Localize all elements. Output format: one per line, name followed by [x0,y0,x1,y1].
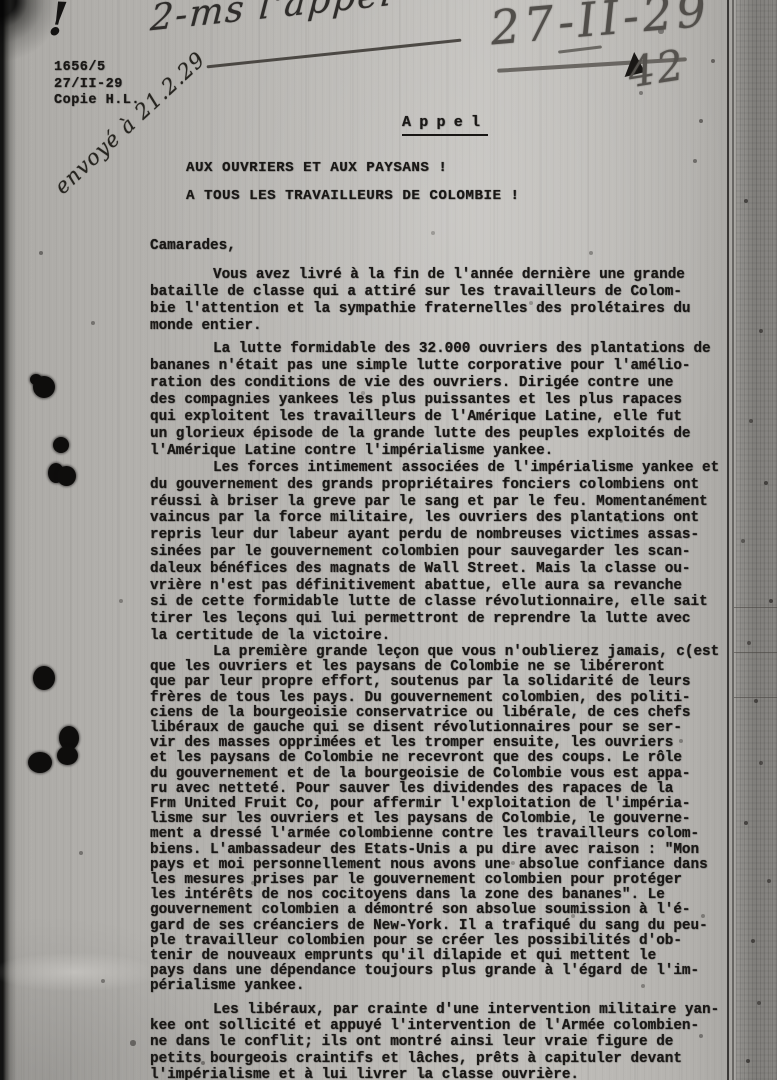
exclamation-mark: ! [47,0,70,46]
handwritten-underline [207,39,462,69]
copy-label: Copie H.L. [54,93,140,108]
greeting: Camarades, [150,238,236,254]
file-number: 1656/5 [54,60,106,75]
handwritten-top-note: 2-ms l'appel [149,0,395,40]
paragraph-3: Les forces intimement associées de l'imp… [150,460,740,645]
ink-blob [33,666,55,690]
scratch-mark [734,652,777,653]
ink-blob [57,746,78,765]
salutation-line-2: A TOUS LES TRAVAILLEURS DE COLOMBIE ! [186,188,520,204]
ink-blob [53,437,69,453]
paragraph-1: Vous avez livré à la fin de l'année dern… [150,267,740,335]
paragraph-4: La première grande leçon que vous n'oubl… [150,645,740,995]
paper-smudge [0,952,160,992]
ink-blob [57,466,76,486]
document-title: Appel [402,114,488,136]
page-number: 42 [625,40,689,97]
salutation-line-1: AUX OUVRIERS ET AUX PAYSANS ! [186,160,447,176]
scan-edge-left [0,0,16,1080]
stamp-block: 1656/5 27/II-29 Copie H.L. [54,60,140,110]
ink-blob [28,752,52,773]
paragraph-2: La lutte formidable des 32.000 ouvriers … [150,341,740,460]
scratch-mark [734,607,777,608]
paper-speckles [0,0,2,2]
ink-blob [33,376,55,398]
paragraph-5: Les libéraux, par crainte d'une interven… [150,1002,740,1080]
scan-edge-right [736,0,777,1080]
scanned-document-page: ! 2-ms l'appel 27-II-29 42 envoyé à 21.2… [0,0,777,1080]
scratch-mark [734,697,777,698]
stamp-date: 27/II-29 [54,77,123,92]
